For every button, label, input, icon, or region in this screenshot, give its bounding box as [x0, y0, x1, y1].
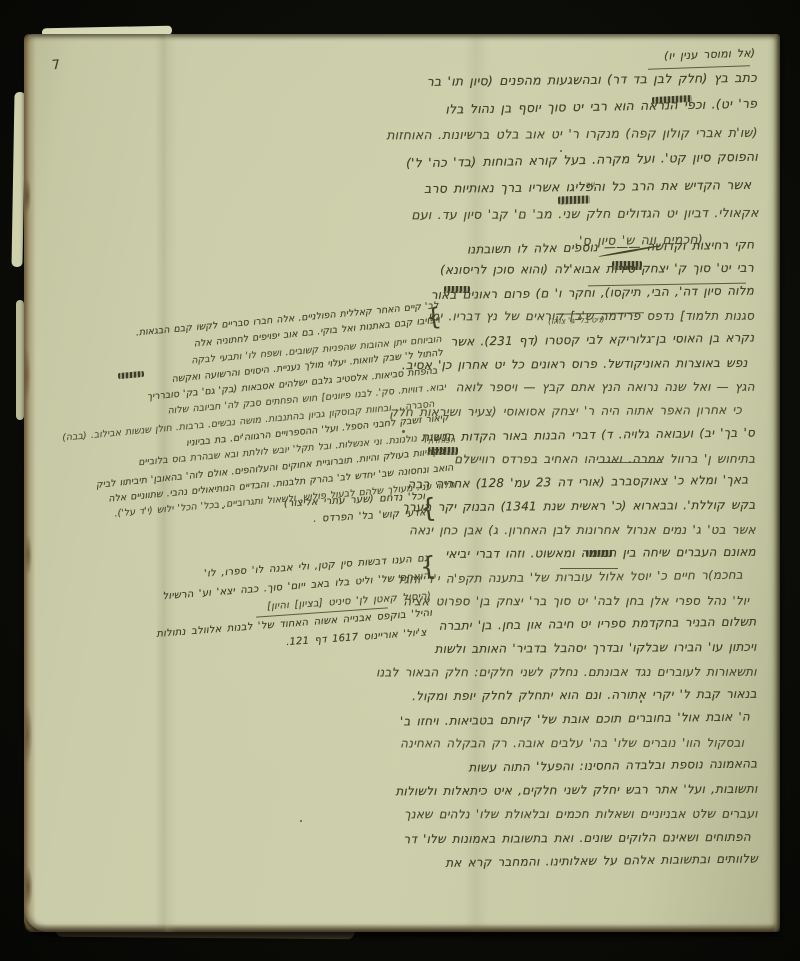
handwriting-line: נפש באוצרות האוניקודשל. פרוס ראונים כל י… — [393, 356, 748, 382]
handwriting-line: אקאולי. דביון יט הגדולים חלק שני. מב' ם'… — [407, 205, 759, 234]
side-note-a-brace: { — [419, 493, 438, 524]
handwriting-line: יול' נהל ספרי אלן בחן לבה' יט סוך בר' יצ… — [394, 593, 749, 617]
handwriting-line: ועברים שלט אבניוניים ושאלות חכמים ובלאול… — [396, 806, 758, 830]
interline-correction: ווה — [585, 180, 595, 190]
handwriting-line: אשר בט' ג' נמים אנרול אחרונות לבן האחרון… — [394, 522, 756, 546]
handwriting-line: בקש קוללת'. ובבארוא (כ' ראשית שנת 1341) … — [394, 498, 756, 524]
page-number: 7 — [51, 58, 61, 74]
page-right-edge — [773, 34, 780, 932]
handwriting-line: שלוותים ובתשובות אלהם על שאלותינו. והמחב… — [396, 852, 758, 881]
ink-scribble — [612, 261, 642, 270]
under-page-edge — [16, 300, 24, 420]
ink-underline — [560, 568, 618, 569]
ink-scribble — [444, 286, 470, 293]
handwriting-line: פר' יט). וכפי הנראה הוא רבי יט סוך יוסף … — [405, 95, 757, 129]
handwriting-line: בחכמ)ר חיים כ' יוסל אלול עוברות של' בתענ… — [394, 568, 743, 597]
handwriting-line: ותשאורות לעוברים נגד אבונתם. נחלק לשני ח… — [395, 664, 757, 688]
manuscript-photo: 7 (אל ומוסר ענין יו) כתב בץ (חלק לבן בד … — [0, 0, 800, 961]
ink-scribble — [558, 195, 590, 204]
ink-scribble — [586, 550, 612, 557]
paper-speck — [300, 820, 302, 822]
handwriting-line: ויכתון עו' הבירו שבלקו' ובדרך יסהבל בדבי… — [395, 640, 757, 666]
handwriting-line: ה' אובת אול' בחוברים תוכם אובת של' קיותם… — [395, 710, 750, 739]
handwriting-line: ותשובות, ועל' אתר רבש יחלק לשני חלקים, א… — [395, 782, 757, 808]
ink-underline — [598, 462, 662, 463]
handwriting-line: ובסקול הוו' נוברים שלו' בה' עלבים אובה. … — [395, 735, 744, 759]
side-note-b-brace: { — [419, 551, 438, 582]
page-bottom-edge — [24, 924, 780, 932]
ink-scribble — [428, 447, 458, 455]
margin-note-brace: { — [425, 302, 443, 331]
paragraph-1: כתב בץ (חלק לבן בד דר) ובהשגעות מהפנים (… — [405, 70, 759, 262]
paragraph-2: רבי יט' סוך ק' יצחק סירות אבוא'לה (והוא … — [392, 261, 758, 879]
page-deckle-edge — [24, 34, 36, 932]
